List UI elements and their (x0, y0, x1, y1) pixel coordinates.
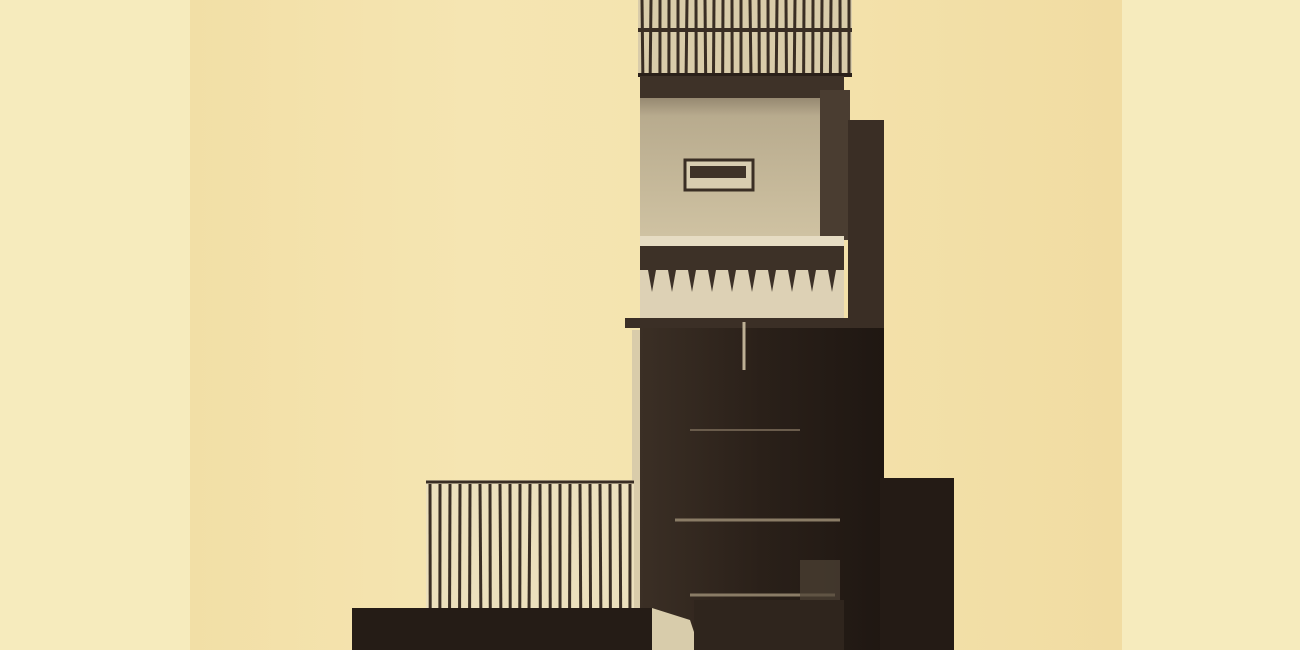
right-side-block (880, 478, 954, 650)
left-balcony-railing (426, 480, 634, 610)
artwork-canvas (0, 0, 1300, 650)
awning-band (625, 236, 850, 328)
tower-illustration (0, 0, 1300, 650)
top-balcony-railing (638, 0, 852, 76)
